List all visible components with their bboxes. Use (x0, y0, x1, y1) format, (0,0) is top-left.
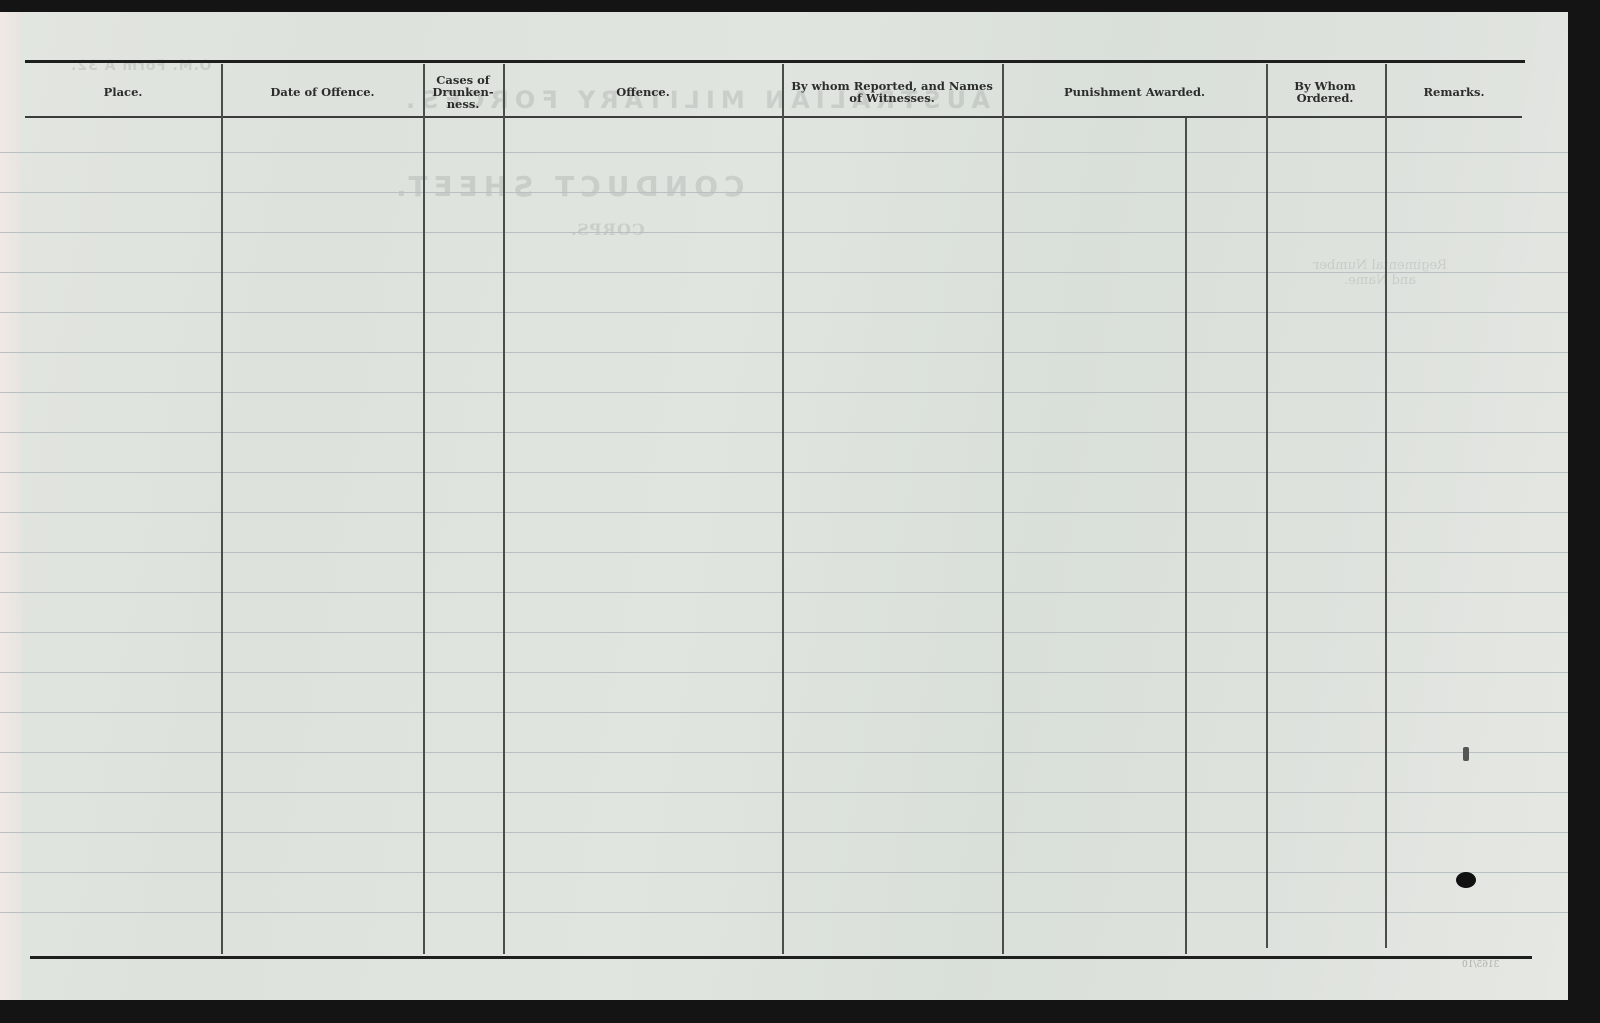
column-divider (1002, 64, 1004, 954)
header-top-rule (25, 60, 1525, 63)
column-divider (782, 64, 784, 954)
ruled-line (0, 632, 1568, 633)
ruled-line (0, 552, 1568, 553)
column-header-reported-by: By whom Reported, and Names of Witnesses… (790, 64, 994, 119)
document-page: O.M. Form A 32. AUSTRALIAN MILITARY FORC… (0, 12, 1568, 1000)
ruled-line (0, 352, 1568, 353)
page-edge (0, 12, 22, 1000)
column-header-cases-of-drunkenness: Cases of Drunken- ness. (433, 64, 493, 119)
ruled-line (0, 872, 1568, 873)
ruled-line (0, 792, 1568, 793)
footer-stamp: 3165/10 (1462, 960, 1499, 970)
ruled-line (0, 272, 1568, 273)
column-divider (1266, 64, 1268, 948)
ruled-line (0, 392, 1568, 393)
ink-blot (1456, 872, 1476, 888)
column-header-remarks: Remarks. (1386, 64, 1522, 119)
ruled-line (0, 592, 1568, 593)
column-divider (221, 64, 223, 954)
ghost-title-line3: CORPS. (570, 220, 645, 239)
table-bottom-rule (30, 956, 1532, 959)
ruled-line (0, 232, 1568, 233)
column-header-by-whom-ordered: By Whom Ordered. (1285, 64, 1365, 119)
ghost-title-line2: CONDUCT SHEET. (390, 170, 745, 203)
ruled-line (0, 432, 1568, 433)
ruled-line (0, 472, 1568, 473)
column-header-place: Place. (25, 64, 221, 119)
ink-mark (1463, 747, 1469, 761)
ruled-line (0, 312, 1568, 313)
ruled-line (0, 912, 1568, 913)
column-header-offence: Offence. (504, 64, 782, 119)
column-header-date-of-offence: Date of Offence. (222, 64, 423, 119)
ruled-line (0, 192, 1568, 193)
column-header-punishment-awarded: Punishment Awarded. (1003, 64, 1266, 119)
column-divider (423, 64, 425, 954)
ruled-line (0, 512, 1568, 513)
ruled-line (0, 832, 1568, 833)
column-subdivider (1185, 118, 1187, 954)
ruled-line (0, 752, 1568, 753)
column-divider (1385, 64, 1387, 948)
ruled-line (0, 672, 1568, 673)
ruled-line (0, 712, 1568, 713)
ghost-regimental: Regimental Number and Name. (1300, 258, 1460, 288)
column-divider (503, 64, 505, 954)
ruled-line (0, 152, 1568, 153)
